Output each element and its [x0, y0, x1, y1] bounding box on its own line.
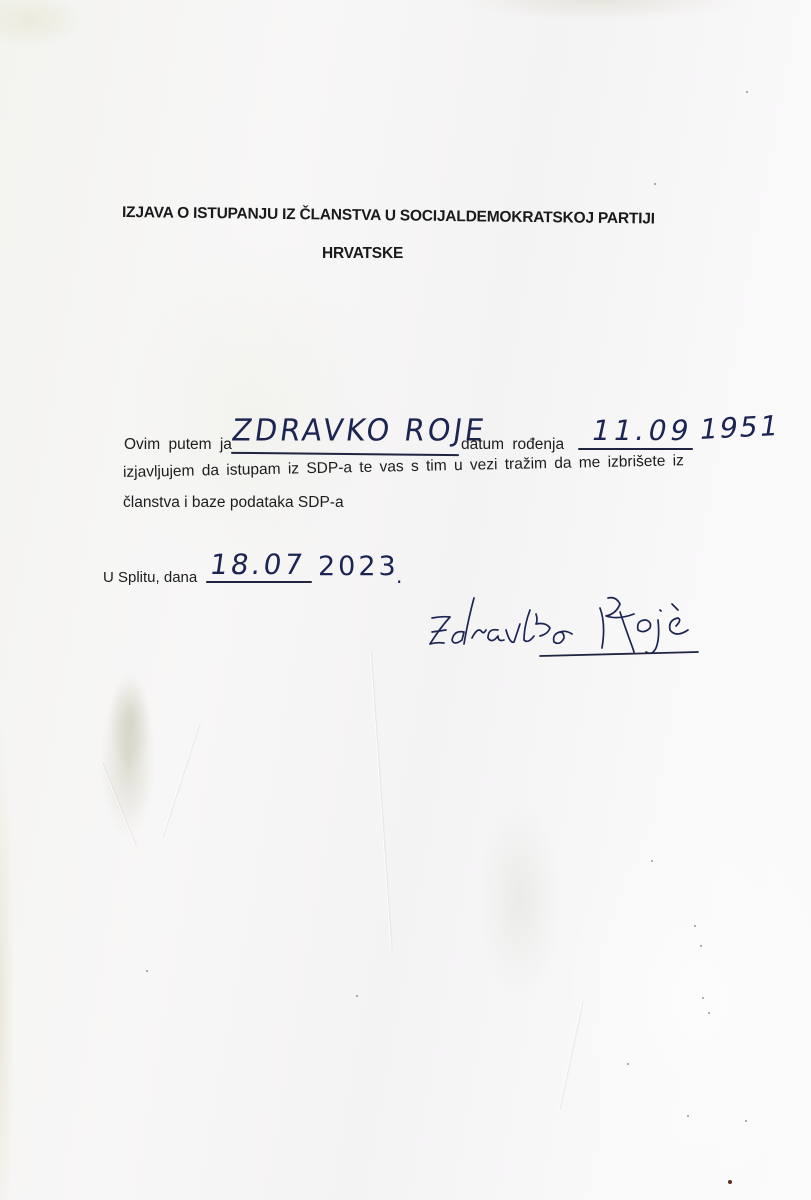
intro-prefix: Ovim putem ja [124, 437, 232, 453]
paper-speck [746, 91, 748, 93]
handwritten-signature [420, 590, 750, 670]
paper-speck [356, 995, 358, 997]
paper-speck [700, 945, 702, 947]
paper-crease [559, 1001, 583, 1109]
body-line-3: članstva i baze podataka SDP-a [123, 495, 344, 511]
paper-speck [146, 970, 148, 972]
paper-speck [745, 1120, 747, 1122]
paper-speck [708, 1012, 710, 1014]
paper-crease [101, 763, 136, 847]
paper-speck [702, 997, 704, 999]
handwritten-name-field: ZDRAVKO ROJE [230, 415, 489, 445]
paper-stain-dot [728, 1180, 732, 1184]
paper-speck [654, 183, 656, 185]
handwritten-date-year: 2023 [318, 553, 399, 580]
paper-speck [694, 925, 696, 927]
handwritten-birth-year: 1951 [697, 412, 782, 444]
date-underline [206, 581, 312, 583]
birth-date-underline [578, 448, 693, 450]
handwritten-birth-day-month: 11.09 [589, 417, 695, 445]
date-trailing-period: . [396, 566, 402, 586]
place-date-label: U Splitu, dana [103, 570, 197, 585]
paper-crease [370, 650, 392, 949]
heading-line-2: HRVATSKE [322, 246, 403, 262]
paper-speck [651, 860, 653, 862]
handwritten-date-day-month: 18.07 [208, 551, 307, 579]
paper-speck [627, 1063, 629, 1065]
paper-speck [687, 1115, 689, 1117]
birth-date-label: datum rođenja [461, 437, 564, 453]
paper-crease [161, 723, 199, 837]
